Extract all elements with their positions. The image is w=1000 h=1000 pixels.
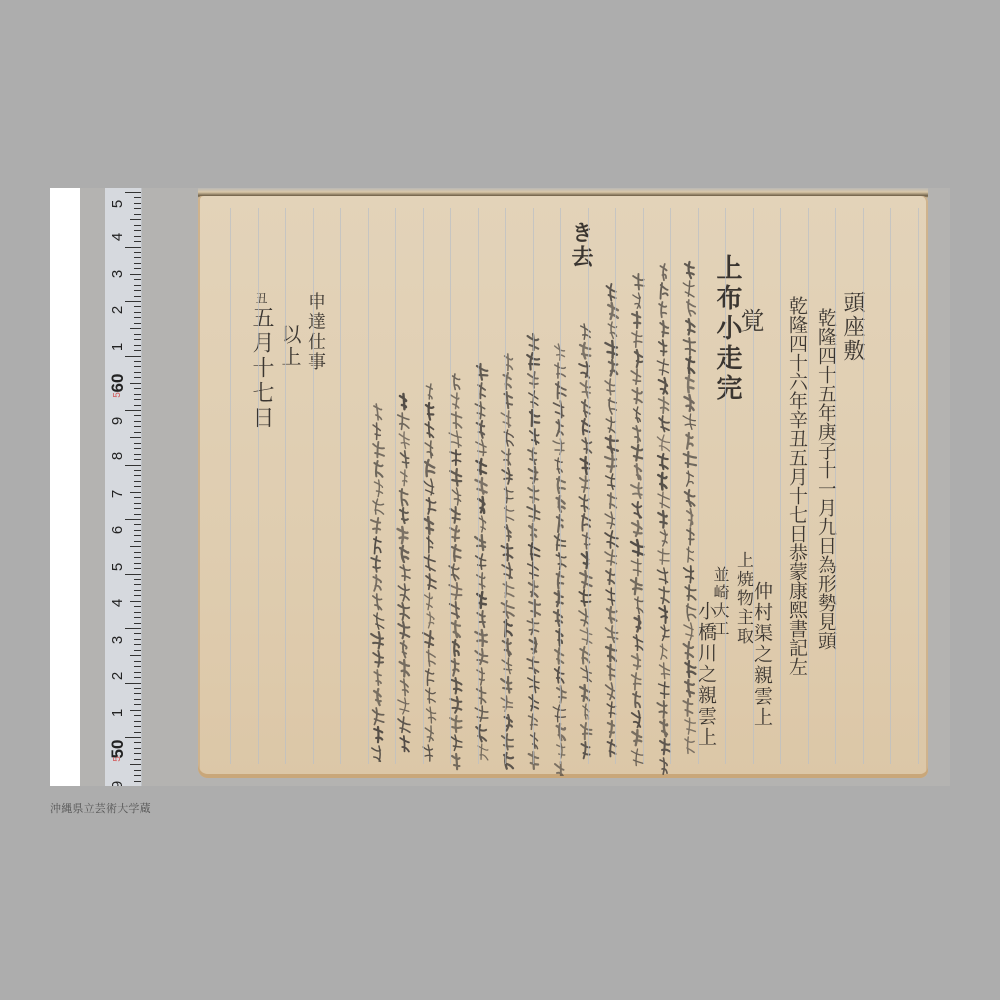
ruler-number: 4 bbox=[110, 592, 126, 614]
ruler-tick bbox=[134, 748, 141, 749]
ruler-tick bbox=[134, 443, 141, 444]
ruled-line bbox=[835, 208, 836, 764]
manuscript-page: 頭座敷 乾隆四十五年庚子十一月九日為形勢見頭 乾隆四十六年辛丑五月十七日恭蒙康熙… bbox=[198, 196, 928, 778]
ruler-tick bbox=[134, 252, 141, 253]
ruler-tick bbox=[134, 617, 141, 618]
ruled-line bbox=[450, 208, 451, 764]
ruler-tick bbox=[134, 285, 141, 286]
ruler-tick bbox=[134, 290, 141, 291]
ruler-tick bbox=[125, 628, 141, 629]
ruler-tick bbox=[125, 247, 141, 248]
closing-year: 丑 bbox=[253, 292, 270, 306]
ruled-line bbox=[670, 208, 671, 764]
manuscript-photograph: 543216059876543215059 頭座敷 乾隆四十五年庚子十一月九日為… bbox=[50, 188, 950, 786]
ruler-tick bbox=[130, 764, 141, 765]
ruler-tick bbox=[134, 366, 141, 367]
ruler-tick bbox=[134, 361, 141, 362]
ruled-line bbox=[395, 208, 396, 764]
ruler-tick bbox=[134, 230, 141, 231]
ruler-tick bbox=[134, 639, 141, 640]
ruled-line bbox=[340, 208, 341, 764]
ruler-tick bbox=[134, 432, 141, 433]
ruler-tick bbox=[134, 345, 141, 346]
ruler-tick bbox=[134, 257, 141, 258]
title-column: 上布小走完 bbox=[709, 254, 746, 404]
ruler-tick bbox=[134, 579, 141, 580]
ruler-tick bbox=[134, 514, 141, 515]
ruler-tick bbox=[134, 753, 141, 754]
ruler-tick bbox=[134, 590, 141, 591]
ruler-tick bbox=[134, 677, 141, 678]
ruled-line bbox=[313, 208, 314, 764]
ruler-tick bbox=[134, 459, 141, 460]
closing-date: 五月十七日 bbox=[246, 306, 277, 431]
ruler-tick bbox=[134, 552, 141, 553]
ruler-tick bbox=[134, 633, 141, 634]
ruler-tick bbox=[134, 225, 141, 226]
ruler-tick bbox=[134, 557, 141, 558]
collection-caption: 沖縄県立芸術大学蔵 bbox=[50, 800, 151, 816]
ruled-line bbox=[863, 208, 864, 764]
ruler-tick bbox=[134, 721, 141, 722]
ruler-tick bbox=[125, 574, 141, 575]
ruler-tick bbox=[134, 650, 141, 651]
ruler-number: 5 bbox=[110, 384, 126, 406]
ruler-tick bbox=[134, 350, 141, 351]
closing-ijo: 以上 bbox=[276, 324, 305, 368]
ruler-tick bbox=[134, 470, 141, 471]
ruled-line bbox=[423, 208, 424, 764]
ruler-tick bbox=[134, 197, 141, 198]
ruler-tick bbox=[134, 475, 141, 476]
ruler-tick bbox=[134, 405, 141, 406]
ruler-tick bbox=[125, 356, 141, 357]
ruler-tick bbox=[134, 377, 141, 378]
ruler-tick bbox=[134, 241, 141, 242]
ruled-line bbox=[615, 208, 616, 764]
ruler-tick bbox=[134, 236, 141, 237]
ruler-number: 9 bbox=[110, 774, 126, 786]
ruled-line bbox=[285, 208, 286, 764]
ruler-tick bbox=[134, 584, 141, 585]
ruler-tick bbox=[134, 497, 141, 498]
ruler-number: 2 bbox=[110, 299, 126, 321]
ruler-tick bbox=[134, 781, 141, 782]
ruler-number: 5 bbox=[110, 193, 126, 215]
ruler-tick bbox=[134, 704, 141, 705]
ruler-tick bbox=[134, 399, 141, 400]
ruler-tick bbox=[134, 372, 141, 373]
ruler-tick bbox=[134, 268, 141, 269]
white-margin-strip bbox=[50, 188, 80, 786]
ruled-line bbox=[505, 208, 506, 764]
ruler-tick bbox=[134, 394, 141, 395]
ruled-line bbox=[780, 208, 781, 764]
ruler-tick bbox=[134, 661, 141, 662]
ruler-number: 7 bbox=[110, 483, 126, 505]
ruler-tick bbox=[134, 508, 141, 509]
ruler-tick bbox=[125, 192, 141, 193]
ruler-tick bbox=[134, 759, 141, 760]
handwritten-body-text bbox=[338, 256, 708, 776]
ruled-line bbox=[478, 208, 479, 764]
ruler-tick bbox=[134, 203, 141, 204]
ruler-number: 6 bbox=[110, 519, 126, 541]
ruled-line bbox=[890, 208, 891, 764]
ruler-tick bbox=[134, 541, 141, 542]
ruler-tick bbox=[134, 666, 141, 667]
ruler-tick bbox=[125, 519, 141, 520]
ruler-tick bbox=[134, 644, 141, 645]
ruler-number: 2 bbox=[110, 665, 126, 687]
ruler-tick bbox=[130, 710, 141, 711]
ruler-tick bbox=[134, 524, 141, 525]
ruled-line bbox=[643, 208, 644, 764]
ruler-tick bbox=[125, 683, 141, 684]
ruler-tick bbox=[134, 623, 141, 624]
ruler-number: 1 bbox=[110, 336, 126, 358]
ruler-tick bbox=[130, 492, 141, 493]
ruler-tick bbox=[134, 595, 141, 596]
ruled-line bbox=[725, 208, 726, 764]
ruler-tick bbox=[134, 306, 141, 307]
ruled-line bbox=[533, 208, 534, 764]
ruler-tick bbox=[134, 415, 141, 416]
ruled-line bbox=[808, 208, 809, 764]
ruler-number: 9 bbox=[110, 410, 126, 432]
ruler-tick bbox=[134, 481, 141, 482]
ruler-tick bbox=[134, 388, 141, 389]
ruler-tick bbox=[130, 655, 141, 656]
ruler-tick bbox=[134, 454, 141, 455]
ruled-line bbox=[918, 208, 919, 764]
ruler-tick bbox=[134, 208, 141, 209]
closing-note: 申達仕事 bbox=[302, 292, 328, 372]
ruler-number: 1 bbox=[110, 702, 126, 724]
ruler-tick bbox=[130, 601, 141, 602]
ruler-tick bbox=[134, 693, 141, 694]
ruler-tick bbox=[134, 503, 141, 504]
ruler-tick bbox=[125, 737, 141, 738]
ruler-tick bbox=[134, 421, 141, 422]
ruler-tick bbox=[134, 699, 141, 700]
ruler-tick bbox=[134, 770, 141, 771]
ruler-number: 5 bbox=[110, 748, 126, 770]
ruler-number: 3 bbox=[110, 629, 126, 651]
ruler-tick bbox=[134, 530, 141, 531]
ruler-tick bbox=[125, 410, 141, 411]
ruled-line bbox=[560, 208, 561, 764]
ruler-tick bbox=[130, 274, 141, 275]
ruler-tick bbox=[134, 296, 141, 297]
ruler-tick bbox=[134, 426, 141, 427]
ruler-number: 4 bbox=[110, 226, 126, 248]
ruler-tick bbox=[134, 448, 141, 449]
ruler-number: 3 bbox=[110, 263, 126, 285]
ruler-tick bbox=[134, 535, 141, 536]
ruled-line bbox=[698, 208, 699, 764]
ruler-tick bbox=[134, 214, 141, 215]
ruler-tick bbox=[134, 688, 141, 689]
ruler-tick bbox=[134, 323, 141, 324]
ruler-tick bbox=[134, 317, 141, 318]
ruler-tick bbox=[134, 606, 141, 607]
ruler-tick bbox=[134, 279, 141, 280]
ruler-tick bbox=[130, 219, 141, 220]
ruler-tick bbox=[134, 726, 141, 727]
ruler-tick bbox=[134, 732, 141, 733]
ruler-tick bbox=[130, 546, 141, 547]
ruler-tick bbox=[134, 742, 141, 743]
ruler-tick bbox=[134, 486, 141, 487]
ruler-tick bbox=[134, 312, 141, 313]
ruled-line bbox=[753, 208, 754, 764]
ruler-tick bbox=[130, 383, 141, 384]
ruled-line bbox=[588, 208, 589, 764]
ruled-line bbox=[368, 208, 369, 764]
ruled-line bbox=[230, 208, 231, 764]
ruled-line bbox=[258, 208, 259, 764]
ruler-tick bbox=[134, 334, 141, 335]
ruler-tick bbox=[134, 563, 141, 564]
ruler-tick bbox=[134, 715, 141, 716]
ruler-tick bbox=[134, 339, 141, 340]
ruler-tick bbox=[134, 568, 141, 569]
ruler-number: 8 bbox=[110, 445, 126, 467]
ruler-tick bbox=[130, 328, 141, 329]
ruler-number: 5 bbox=[110, 556, 126, 578]
ruler-tick bbox=[125, 301, 141, 302]
ruler-tick bbox=[134, 612, 141, 613]
ruler-tick bbox=[130, 437, 141, 438]
ruler-tick bbox=[125, 465, 141, 466]
ruler-tick bbox=[134, 775, 141, 776]
ruler-tick bbox=[134, 672, 141, 673]
measuring-ruler: 543216059876543215059 bbox=[105, 188, 142, 786]
ruler-tick bbox=[134, 263, 141, 264]
